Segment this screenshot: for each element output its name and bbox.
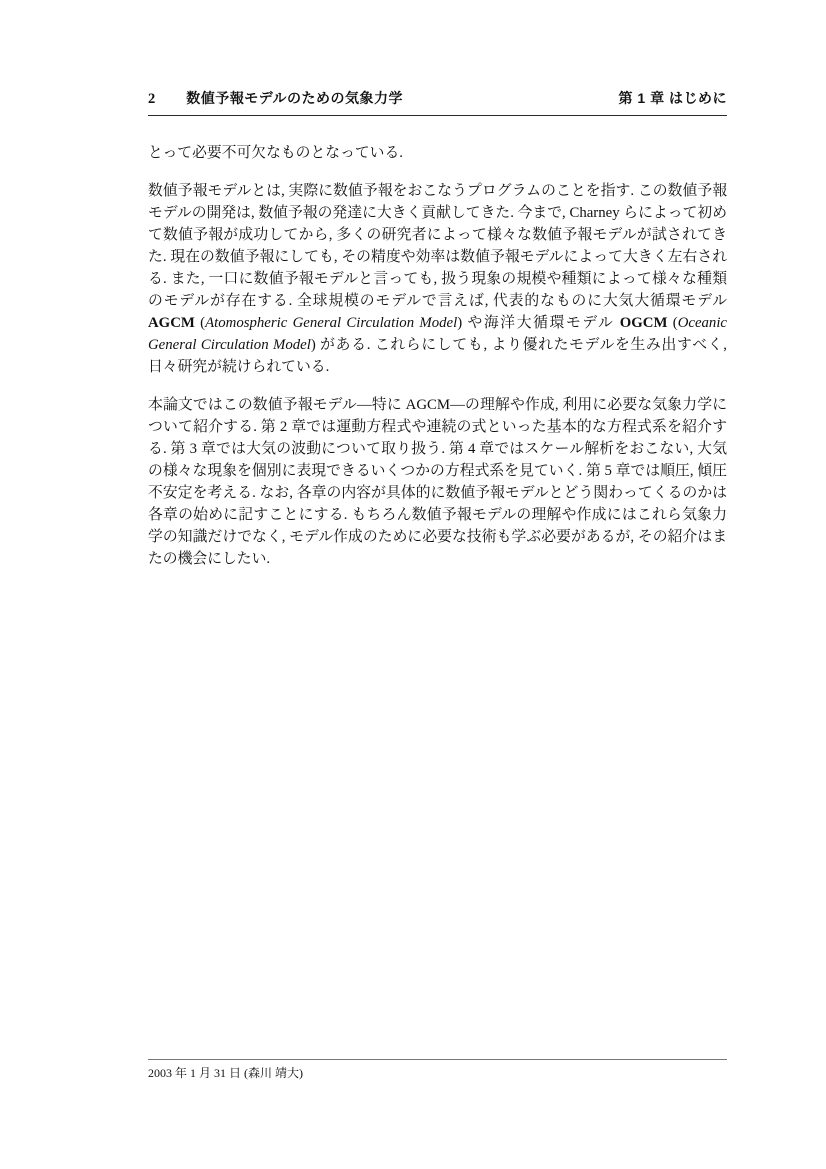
text-segment-normal: ) や海洋大循環モデル [457, 315, 620, 331]
paragraph: 本論文ではこの数値予報モデル—特に AGCM—の理解や作成, 利用に必要な気象力… [148, 394, 727, 570]
text-segment-normal: 本論文ではこの数値予報モデル—特に AGCM—の理解や作成, 利用に必要な気象力… [148, 397, 727, 567]
text-segment-normal: ( [667, 315, 677, 331]
page-header: 2 数値予報モデルのための気象力学 第 1 章 はじめに [148, 88, 727, 116]
header-left-title: 数値予報モデルのための気象力学 [186, 88, 403, 108]
text-segment-normal: とって必要不可欠なものとなっている. [148, 145, 403, 161]
text-segment-bold: OGCM [620, 315, 668, 331]
paragraph: 数値予報モデルとは, 実際に数値予報をおこなうプログラムのことを指す. この数値… [148, 180, 727, 378]
page-number: 2 [148, 91, 155, 108]
text-segment-normal: 数値予報モデルとは, 実際に数値予報をおこなうプログラムのことを指す. この数値… [148, 183, 727, 309]
text-segment-bold: AGCM [148, 315, 195, 331]
page-footer: 2003 年 1 月 31 日 (森川 靖大) [148, 1059, 727, 1081]
document-body-text: とって必要不可欠なものとなっている.数値予報モデルとは, 実際に数値予報をおこな… [148, 142, 727, 586]
document-page: 2 数値予報モデルのための気象力学 第 1 章 はじめに とって必要不可欠なもの… [0, 0, 826, 1169]
text-segment-normal: ( [195, 315, 205, 331]
text-segment-italic: Atomospheric General Circulation Model [205, 315, 457, 331]
header-right-title: 第 1 章 はじめに [619, 88, 727, 108]
paragraph: とって必要不可欠なものとなっている. [148, 142, 727, 164]
footer-date-line: 2003 年 1 月 31 日 (森川 靖大) [148, 1066, 303, 1080]
